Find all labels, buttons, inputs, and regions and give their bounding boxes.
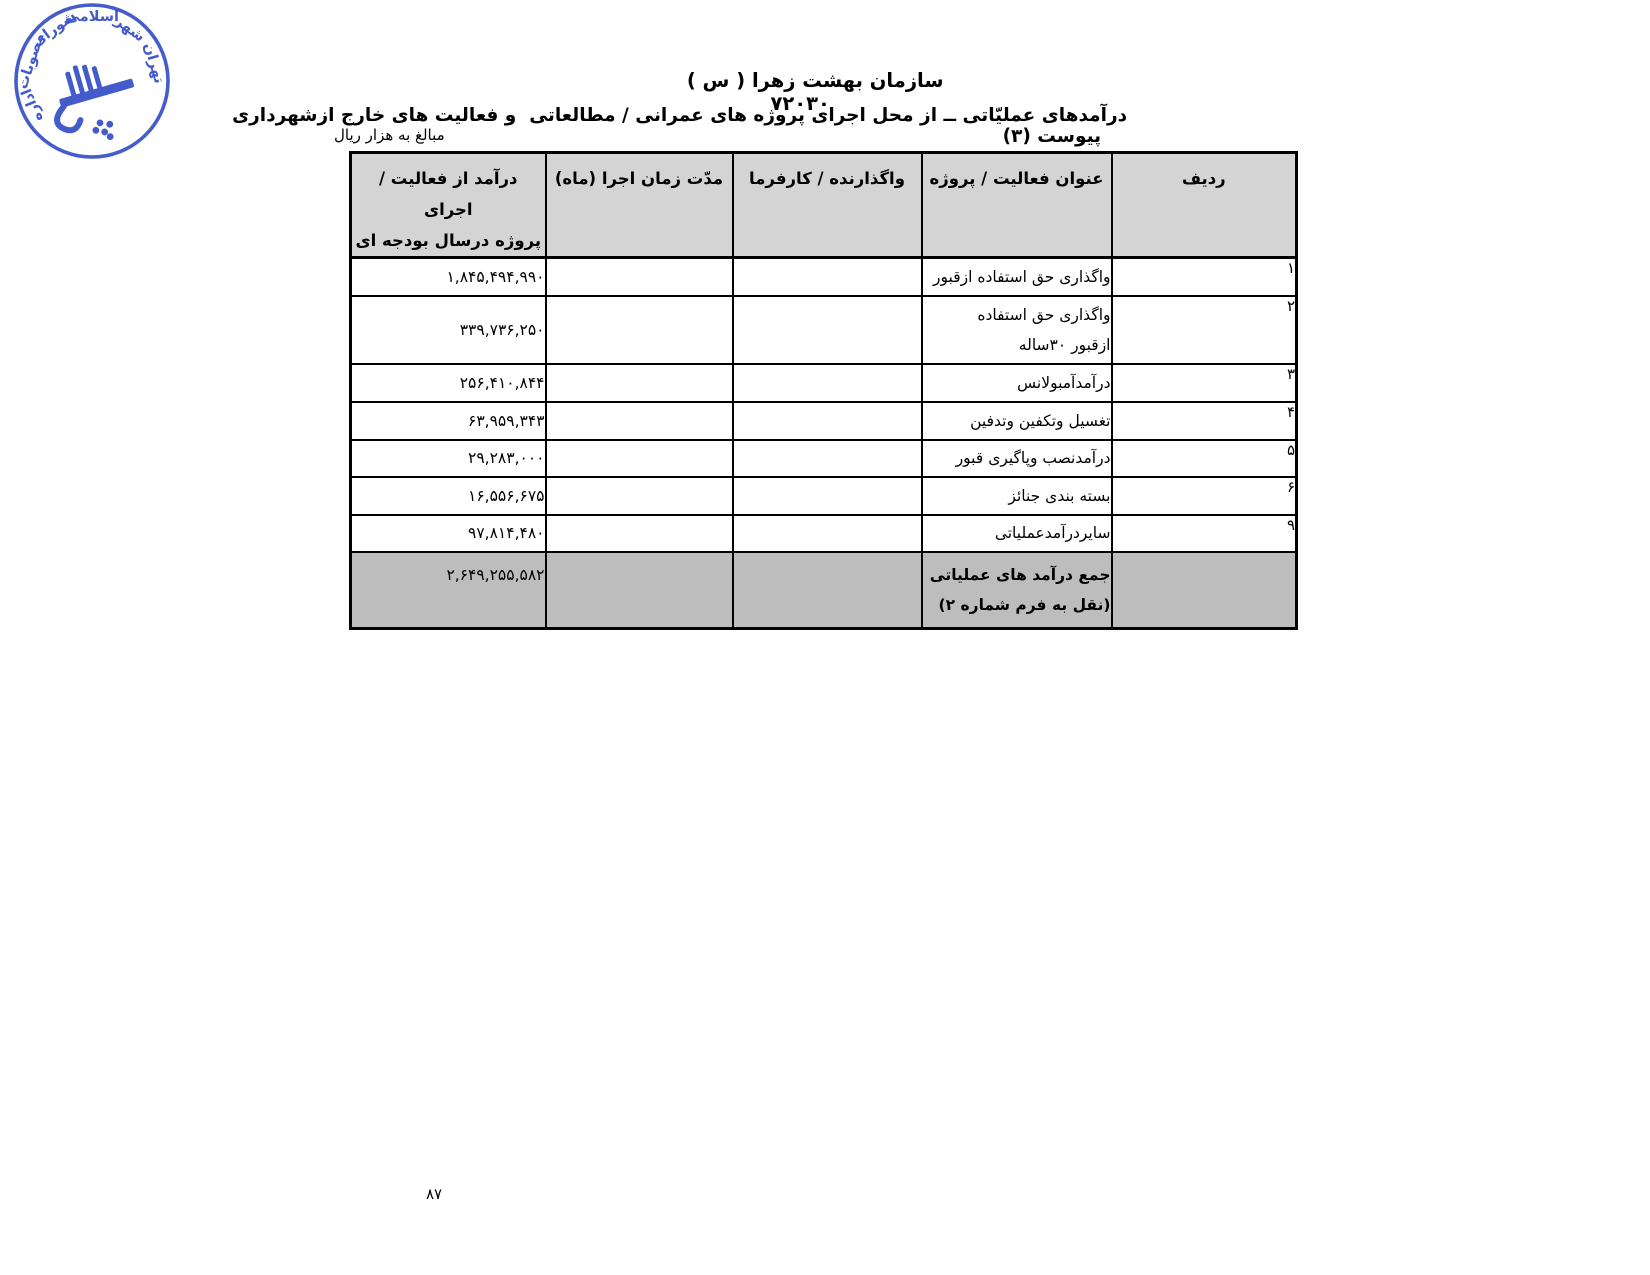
title-cell: درآمدنصب وپاگیری قبور	[922, 440, 1112, 477]
duration-cell	[546, 552, 733, 629]
duration-cell	[546, 258, 733, 296]
header-client: واگذارنده / کارفرما	[733, 153, 922, 258]
revenue-table: درآمد از فعالیت / اجرای پروژه درسال بودج…	[349, 151, 1298, 630]
title-cell: واگذاری حق استفاده ازقبور ۳۰ساله	[922, 296, 1112, 364]
duration-cell	[546, 477, 733, 515]
client-cell	[733, 258, 922, 296]
total-row: ۲,۶۴۹,۲۵۵,۵۸۲ جمع درآمد های عملیاتی (نقل…	[351, 552, 1297, 629]
table-row: ۱۶,۵۵۶,۶۷۵ بسته بندی جنائز ۶	[351, 477, 1297, 515]
table-row: ۱,۸۴۵,۴۹۴,۹۹۰ واگذاری حق استفاده ازقبور …	[351, 258, 1297, 296]
client-cell	[733, 477, 922, 515]
duration-cell	[546, 296, 733, 364]
title-cell: سایردرآمدعملیاتی	[922, 515, 1112, 552]
table-row: ۳۳۹,۷۳۶,۲۵۰ واگذاری حق استفاده ازقبور ۳۰…	[351, 296, 1297, 364]
table-row: ۲۵۶,۴۱۰,۸۴۴ درآمدآمبولانس ۳	[351, 364, 1297, 402]
duration-cell	[546, 515, 733, 552]
table-header-row: درآمد از فعالیت / اجرای پروژه درسال بودج…	[351, 153, 1297, 258]
header-duration: مدّت زمان اجرا (ماه)	[546, 153, 733, 258]
client-cell	[733, 296, 922, 364]
total-label-cell: جمع درآمد های عملیاتی (نقل به فرم شماره …	[922, 552, 1112, 629]
stamp-word: اسلامی	[65, 9, 119, 25]
table-row: ۶۳,۹۵۹,۳۴۳ تغسیل وتکفین وتدفین ۴	[351, 402, 1297, 440]
subtitle-text: درآمدهای عملیّاتی ــ از محل اجرای پروژه …	[232, 105, 1127, 126]
duration-cell	[546, 402, 733, 440]
header-radif: ردیف	[1112, 153, 1297, 258]
client-cell	[733, 440, 922, 477]
title-cell: بسته بندی جنائز	[922, 477, 1112, 515]
duration-cell	[546, 440, 733, 477]
duration-cell	[546, 364, 733, 402]
amount-cell: ۱,۸۴۵,۴۹۴,۹۹۰	[351, 258, 546, 296]
radif-cell: ۴	[1112, 402, 1297, 440]
table-row: ۲۹,۲۸۳,۰۰۰ درآمدنصب وپاگیری قبور ۵	[351, 440, 1297, 477]
client-cell	[733, 515, 922, 552]
unit-note: مبالغ به هزار ریال	[334, 126, 445, 144]
client-cell	[733, 552, 922, 629]
client-cell	[733, 364, 922, 402]
title-cell: واگذاری حق استفاده ازقبور	[922, 258, 1112, 296]
header-income: درآمد از فعالیت / اجرای پروژه درسال بودج…	[351, 153, 546, 258]
stamp-word: تهران	[140, 41, 167, 85]
radif-cell	[1112, 552, 1297, 629]
radif-cell: ۹	[1112, 515, 1297, 552]
amount-cell: ۲۵۶,۴۱۰,۸۴۴	[351, 364, 546, 402]
header-income-line1: درآمد از فعالیت / اجرای	[352, 163, 545, 225]
page-number: ۸۷	[426, 1185, 442, 1203]
client-cell	[733, 402, 922, 440]
radif-cell: ۳	[1112, 364, 1297, 402]
header-title: عنوان فعالیت / پروژه	[922, 153, 1112, 258]
radif-cell: ۱	[1112, 258, 1297, 296]
radif-cell: ۶	[1112, 477, 1297, 515]
council-stamp-icon: اداره مصوبات شورای اسلامی شهر تهران	[2, 0, 192, 172]
radif-cell: ۲	[1112, 296, 1297, 364]
table-row: ۹۷,۸۱۴,۴۸۰ سایردرآمدعملیاتی ۹	[351, 515, 1297, 552]
title-cell: درآمدآمبولانس	[922, 364, 1112, 402]
amount-cell: ۱۶,۵۵۶,۶۷۵	[351, 477, 546, 515]
amount-cell: ۶۳,۹۵۹,۳۴۳	[351, 402, 546, 440]
amount-cell: ۲۹,۲۸۳,۰۰۰	[351, 440, 546, 477]
amount-cell: ۳۳۹,۷۳۶,۲۵۰	[351, 296, 546, 364]
amount-cell: ۹۷,۸۱۴,۴۸۰	[351, 515, 546, 552]
appendix-label: پیوست (۳)	[1003, 126, 1102, 147]
header-income-line2: پروژه درسال بودجه ای	[352, 225, 545, 256]
total-amount-cell: ۲,۶۴۹,۲۵۵,۵۸۲	[351, 552, 546, 629]
title-cell: تغسیل وتکفین وتدفین	[922, 402, 1112, 440]
radif-cell: ۵	[1112, 440, 1297, 477]
stamp-word: اداره	[19, 86, 47, 124]
stamp-emblem	[44, 51, 147, 152]
